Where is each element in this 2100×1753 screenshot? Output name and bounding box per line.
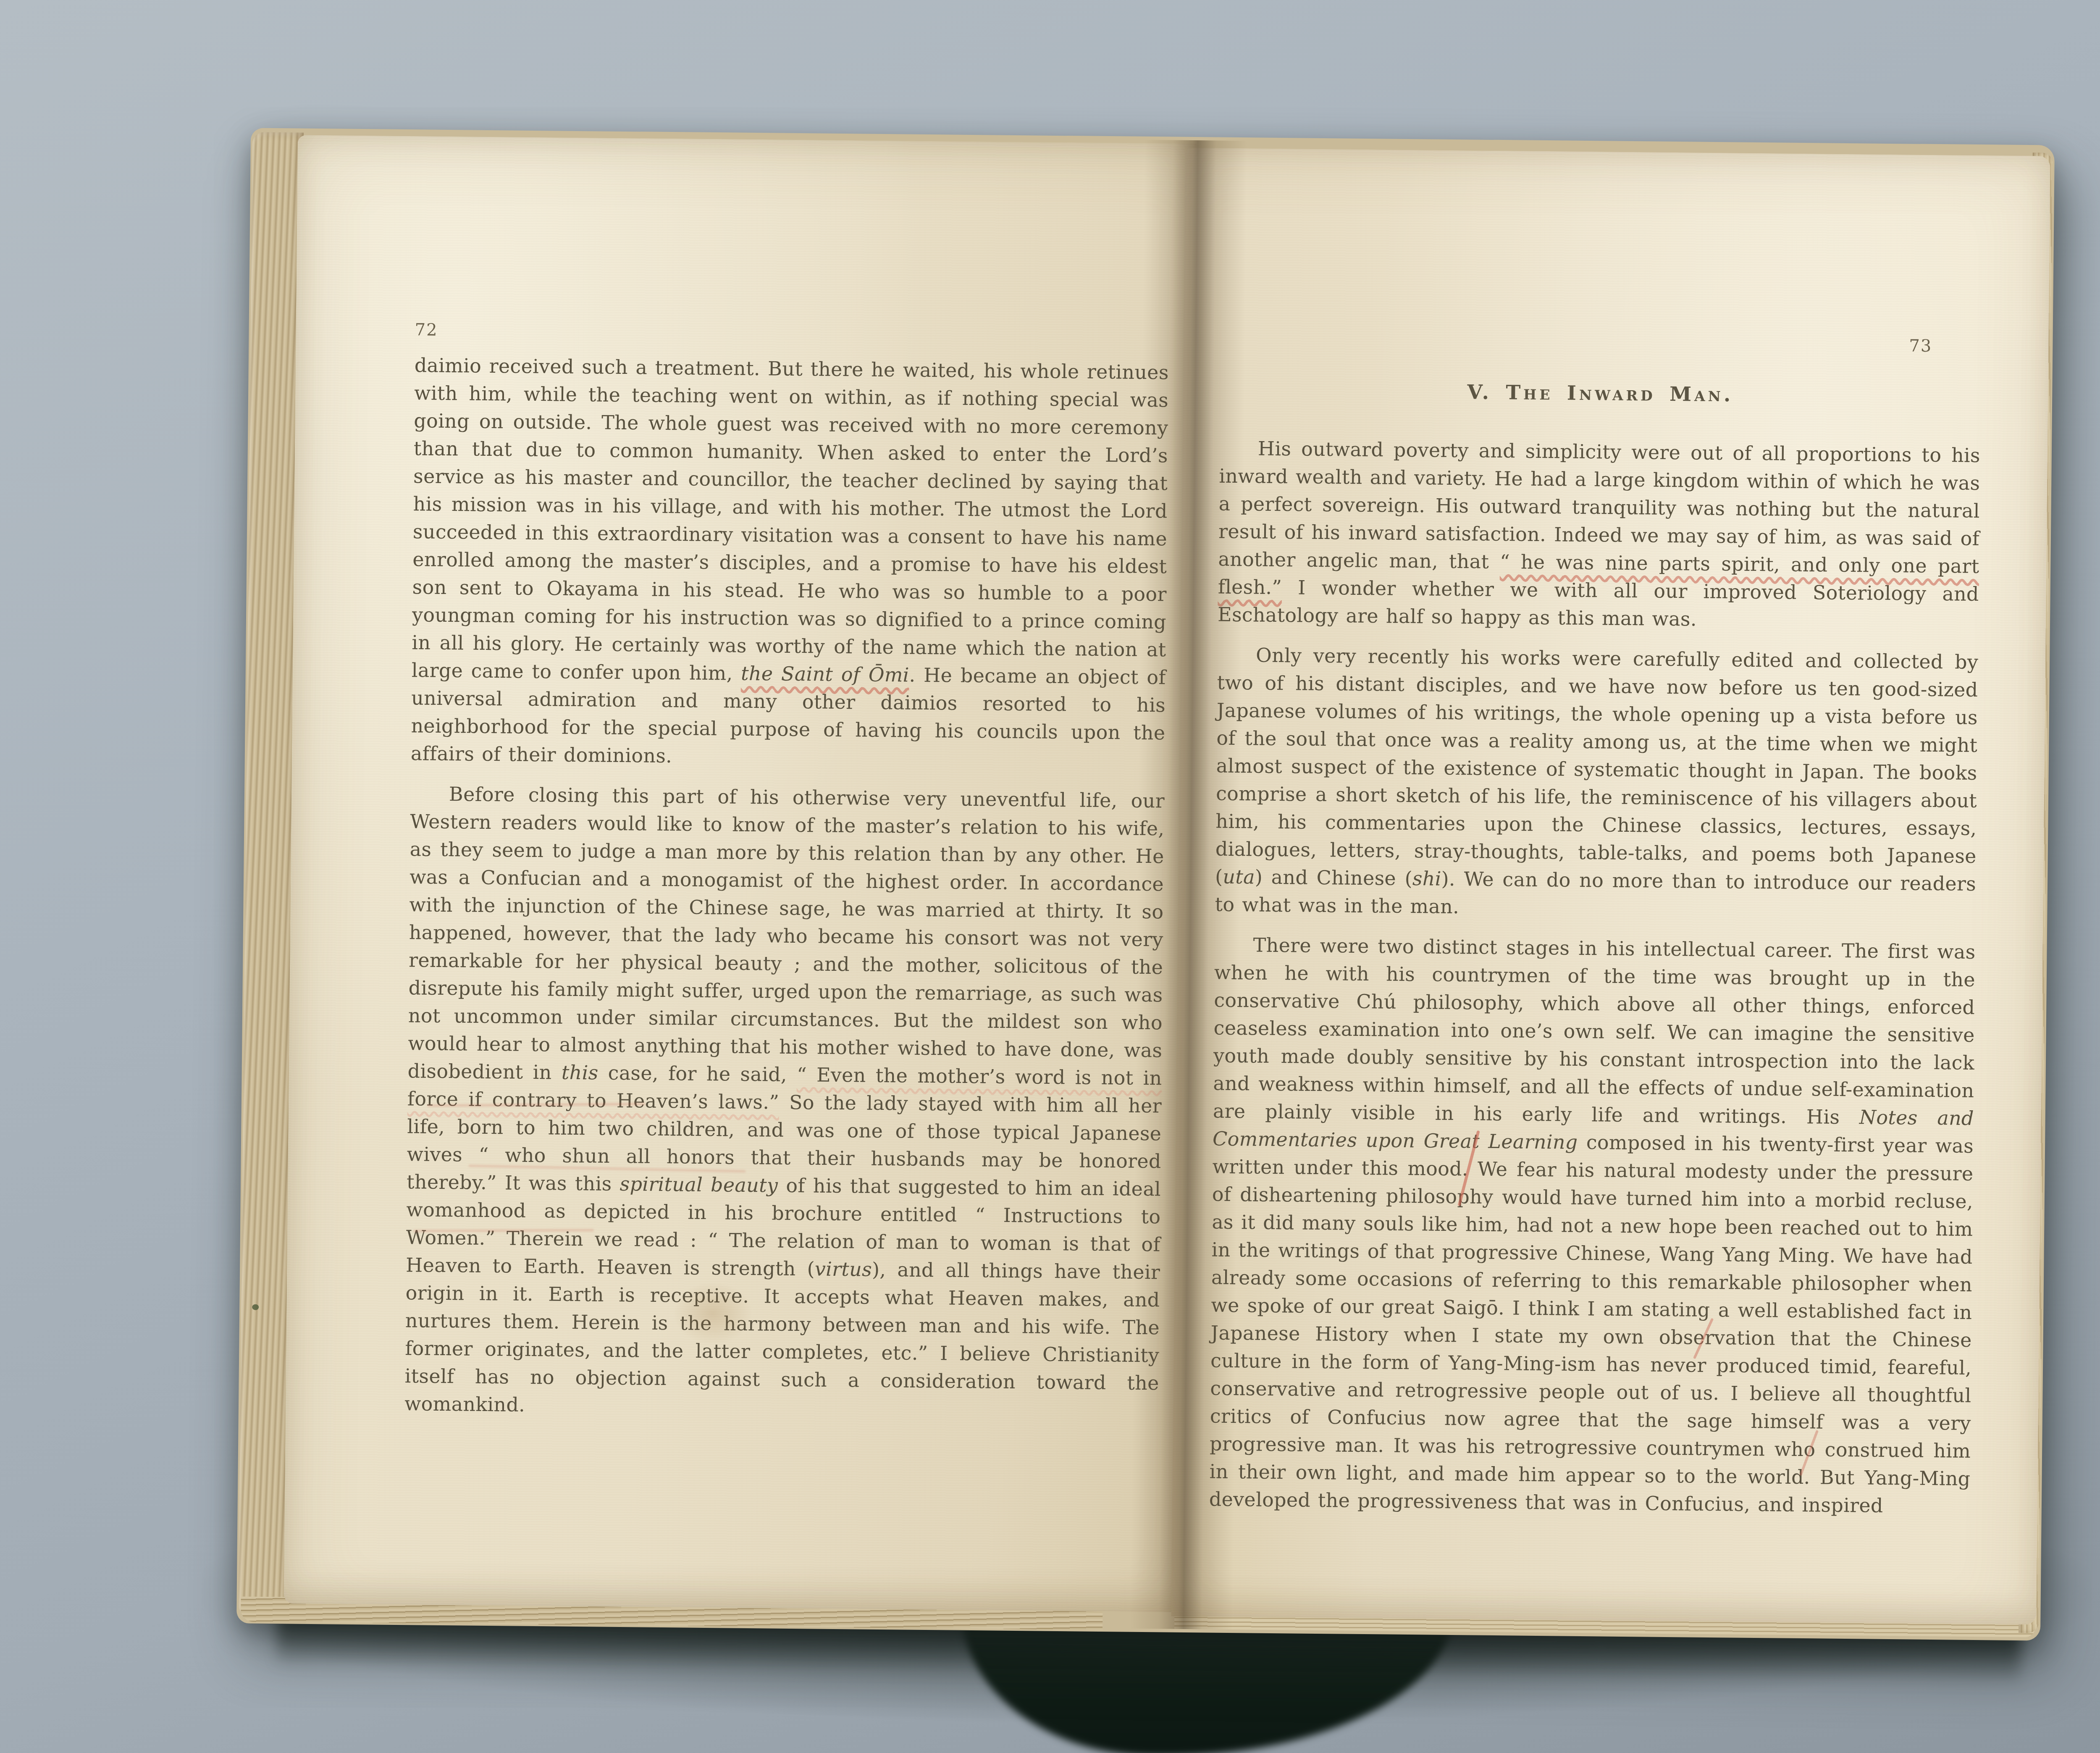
photo-scene: 72 daimio received such a treatment. But… [0,0,2100,1753]
text-run: ), and all things have their origin in i… [404,1258,1160,1416]
left-page-text: daimio received such a treatment. But th… [404,351,1169,1437]
speck-on-edge [252,1304,259,1310]
paragraph: There were two distinct stages in his in… [1209,931,1976,1520]
text-run: the Saint of Ōmi [741,662,909,686]
paragraph: His outward poverty and simplicity were … [1218,434,1980,636]
text-run: daimio received such a treatment. But th… [412,354,1169,684]
paragraph: daimio received such a treatment. But th… [411,351,1169,774]
open-book: 72 daimio received such a treatment. But… [236,128,2055,1640]
text-run: composed in his twenty-first year was wr… [1209,1131,1974,1517]
text-run: spiritual beauty [619,1172,778,1197]
text-run: case, for he said, [598,1062,797,1086]
right-page: 73 V. The Inward Man. His outward povert… [1171,148,2050,1625]
chapter-heading: V. The Inward Man. [1220,378,1981,409]
left-page-number: 72 [415,320,438,340]
text-run: There were two distinct stages in his in… [1213,933,1976,1128]
text-run: uta [1223,865,1255,888]
text-run: shi [1412,867,1441,890]
text-run: Before closing this part of his otherwis… [407,783,1165,1084]
text-run: virtus [815,1257,872,1280]
text-run: Only very recently his works were carefu… [1215,644,1979,888]
right-page-number: 73 [1909,336,1932,356]
text-run: this [562,1061,598,1084]
left-page: 72 daimio received such a treatment. But… [283,135,1196,1612]
paragraph: Only very recently his works were carefu… [1215,641,1978,925]
right-page-text: V. The Inward Man. His outward poverty a… [1209,378,1981,1533]
text-run: ) and Chinese ( [1255,865,1413,890]
right-page-paragraphs: His outward poverty and simplicity were … [1209,434,1981,1520]
paragraph: Before closing this part of his otherwis… [404,780,1165,1424]
text-run: I wonder whether we with all our improve… [1218,576,1979,630]
